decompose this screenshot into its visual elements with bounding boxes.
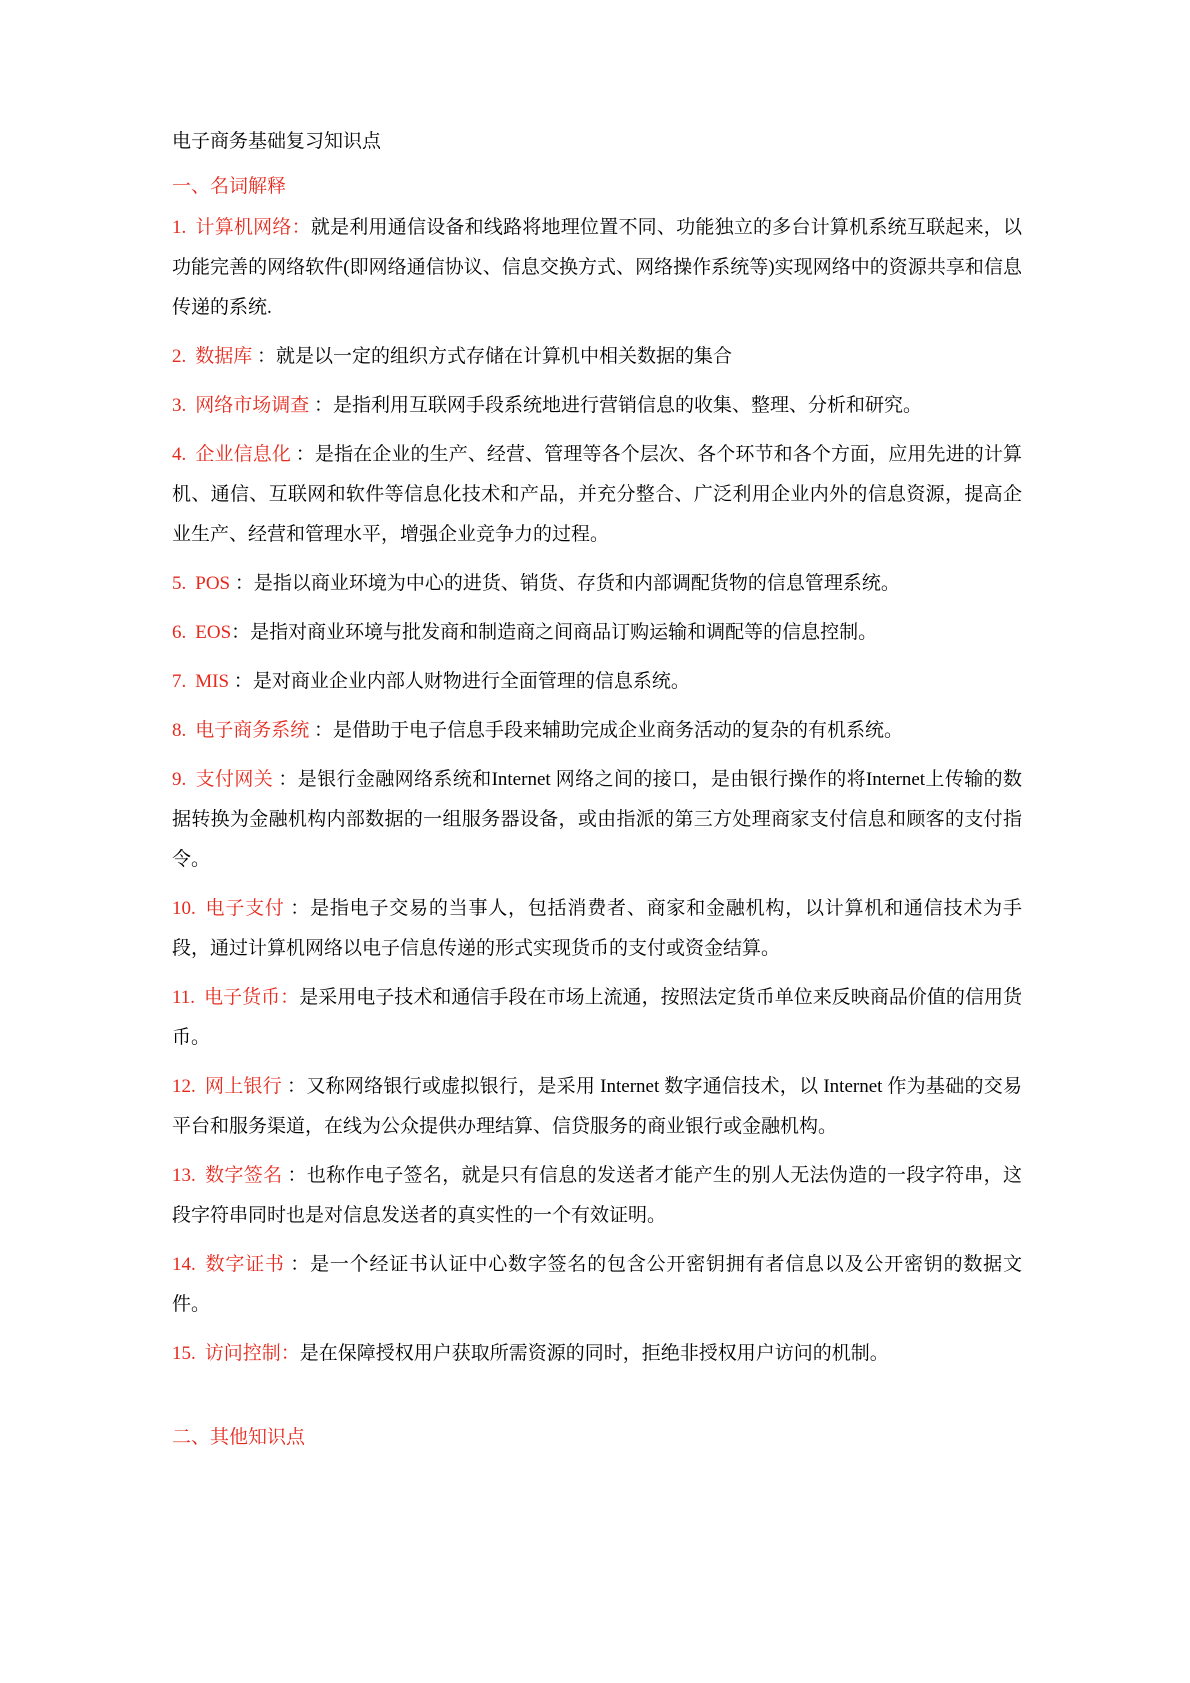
item-number: 2. — [172, 346, 186, 367]
item-number: 15. — [172, 1343, 196, 1364]
item-number: 14. — [172, 1254, 196, 1275]
item-separator: ： — [273, 769, 298, 790]
item-term: 网络市场调查 — [195, 395, 309, 416]
page-title: 电子商务基础复习知识点 — [172, 122, 1022, 162]
item-number: 5. — [172, 573, 186, 594]
item-separator: ： — [285, 1254, 310, 1275]
item-definition: 是指以商业环境为中心的进货、销货、存货和内部调配货物的信息管理系统。 — [254, 573, 900, 594]
item-separator: ： — [282, 1165, 306, 1186]
item-number: 13. — [172, 1165, 196, 1186]
item-separator: ： — [285, 898, 310, 919]
item-separator: ： — [282, 1076, 306, 1097]
item-term: POS — [195, 573, 230, 594]
item-number: 4. — [172, 444, 186, 465]
item-term: EOS — [195, 622, 231, 643]
item-term: 电子商务系统 — [195, 720, 309, 741]
item-definition: 是对商业企业内部人财物进行全面管理的信息系统。 — [253, 671, 690, 692]
definition-item-2: 2.数据库 ：就是以一定的组织方式存储在计算机中相关数据的集合 — [172, 337, 1022, 377]
item-definition: 是采用电子技术和通信手段在市场上流通，按照法定货币单位来反映商品价值的信用货币。 — [172, 987, 1022, 1048]
item-term: 支付网关 — [195, 769, 273, 790]
definition-item-13: 13.数字签名 ：也称作电子签名，就是只有信息的发送者才能产生的别人无法伪造的一… — [172, 1156, 1022, 1236]
item-number: 7. — [172, 671, 186, 692]
item-separator: ： — [230, 573, 254, 594]
item-separator: ： — [229, 671, 253, 692]
definition-item-11: 11.电子货币：是采用电子技术和通信手段在市场上流通，按照法定货币单位来反映商品… — [172, 978, 1022, 1058]
item-term: 数据库 — [195, 346, 252, 367]
definition-item-5: 5.POS ：是指以商业环境为中心的进货、销货、存货和内部调配货物的信息管理系统… — [172, 564, 1022, 604]
item-term: 数字证书 — [205, 1254, 285, 1275]
definition-item-6: 6.EOS：是指对商业环境与批发商和制造商之间商品订购运输和调配等的信息控制。 — [172, 613, 1022, 653]
item-number: 10. — [172, 898, 196, 919]
section-heading-1: 一、名词解释 — [172, 167, 1022, 207]
definition-item-4: 4.企业信息化 ：是指在企业的生产、经营、管理等各个层次、各个环节和各个方面，应… — [172, 435, 1022, 555]
item-term: 企业信息化 — [195, 444, 291, 465]
item-separator: ： — [309, 720, 333, 741]
document-page: 电子商务基础复习知识点 一、名词解释 1.计算机网络：就是利用通信设备和线路将地… — [172, 122, 1022, 1459]
item-term: 网上银行 — [205, 1076, 282, 1097]
definition-item-8: 8.电子商务系统 ：是借助于电子信息手段来辅助完成企业商务活动的复杂的有机系统。 — [172, 711, 1022, 751]
section-heading-2: 二、其他知识点 — [172, 1418, 1022, 1458]
item-separator: ： — [231, 622, 250, 643]
definition-item-1: 1.计算机网络：就是利用通信设备和线路将地理位置不同、功能独立的多台计算机系统互… — [172, 208, 1022, 328]
definition-item-10: 10.电子支付 ：是指电子交易的当事人，包括消费者、商家和金融机构，以计算机和通… — [172, 889, 1022, 969]
item-definition: 就是以一定的组织方式存储在计算机中相关数据的集合 — [276, 346, 732, 367]
item-term: 访问控制： — [205, 1343, 300, 1364]
item-separator: ： — [309, 395, 333, 416]
item-number: 6. — [172, 622, 186, 643]
item-term: 数字签名 — [205, 1165, 283, 1186]
definition-item-3: 3.网络市场调查 ：是指利用互联网手段系统地进行营销信息的收集、整理、分析和研究… — [172, 386, 1022, 426]
item-term: 电子货币： — [204, 987, 299, 1008]
item-term: 电子支付 — [205, 898, 285, 919]
item-number: 8. — [172, 720, 186, 741]
item-definition: 是借助于电子信息手段来辅助完成企业商务活动的复杂的有机系统。 — [333, 720, 903, 741]
item-number: 12. — [172, 1076, 196, 1097]
item-term: MIS — [195, 671, 229, 692]
item-definition: 是指对商业环境与批发商和制造商之间商品订购运输和调配等的信息控制。 — [250, 622, 877, 643]
item-separator: ： — [291, 444, 315, 465]
item-definition: 是银行金融网络系统和Internet 网络之间的接口，是由银行操作的将Inter… — [172, 769, 1022, 870]
item-definition: 是在保障授权用户获取所需资源的同时，拒绝非授权用户访问的机制。 — [300, 1343, 889, 1364]
item-number: 3. — [172, 395, 186, 416]
item-separator: ： — [252, 346, 276, 367]
definition-item-12: 12.网上银行 ：又称网络银行或虚拟银行，是采用 Internet 数字通信技术… — [172, 1067, 1022, 1147]
definition-item-14: 14.数字证书 ：是一个经证书认证中心数字签名的包含公开密钥拥有者信息以及公开密… — [172, 1245, 1022, 1325]
definition-item-7: 7.MIS ：是对商业企业内部人财物进行全面管理的信息系统。 — [172, 662, 1022, 702]
item-number: 11. — [172, 987, 195, 1008]
item-number: 1. — [172, 217, 186, 238]
item-term: 计算机网络： — [195, 217, 311, 238]
definition-item-15: 15.访问控制：是在保障授权用户获取所需资源的同时，拒绝非授权用户访问的机制。 — [172, 1334, 1022, 1374]
item-definition: 是指利用互联网手段系统地进行营销信息的收集、整理、分析和研究。 — [333, 395, 922, 416]
item-number: 9. — [172, 769, 186, 790]
definition-item-9: 9.支付网关 ：是银行金融网络系统和Internet 网络之间的接口，是由银行操… — [172, 760, 1022, 880]
